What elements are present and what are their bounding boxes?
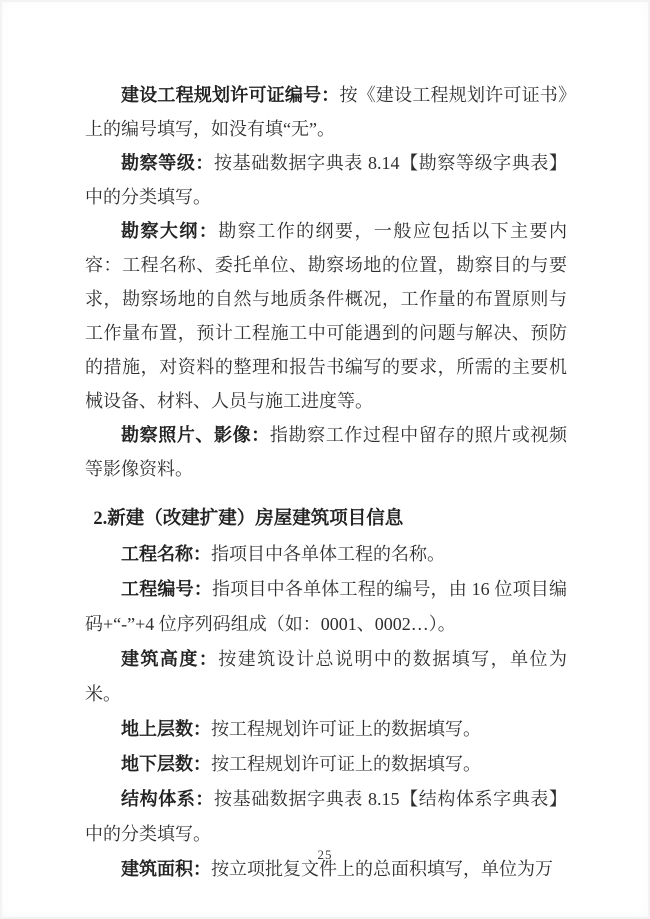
definition-paragraph: 工程编号：指项目中各单体工程的编号，由 16 位项目编码+“-”+4 位序列码组…: [85, 572, 567, 642]
definition-paragraph: 地上层数：按工程规划许可证上的数据填写。: [85, 712, 567, 747]
term-label: 建设工程规划许可证编号：: [121, 85, 340, 105]
definition-paragraph: 建筑高度：按建筑设计总说明中的数据填写，单位为米。: [85, 642, 567, 712]
definition-paragraph: 工程名称：指项目中各单体工程的名称。: [85, 537, 567, 572]
term-label: 地下层数：: [121, 754, 211, 774]
definition-paragraph: 勘察大纲：勘察工作的纲要，一般应包括以下主要内容：工程名称、委托单位、勘察场地的…: [85, 214, 567, 418]
term-label: 建筑高度：: [121, 649, 218, 669]
term-definition: 勘察工作的纲要，一般应包括以下主要内容：工程名称、委托单位、勘察场地的位置，勘察…: [85, 221, 567, 411]
term-definition: 指项目中各单体工程的名称。: [211, 544, 445, 564]
definition-paragraph: 勘察照片、影像：指勘察工作过程中留存的照片或视频等影像资料。: [85, 418, 567, 486]
term-label: 勘察等级：: [121, 153, 214, 173]
definition-paragraph: 建设工程规划许可证编号：按《建设工程规划许可证书》上的编号填写，如没有填“无”。: [85, 78, 567, 146]
term-label: 结构体系：: [121, 789, 214, 809]
page-content: 建设工程规划许可证编号：按《建设工程规划许可证书》上的编号填写，如没有填“无”。…: [85, 78, 567, 887]
document-page: 建设工程规划许可证编号：按《建设工程规划许可证书》上的编号填写，如没有填“无”。…: [0, 0, 650, 919]
term-definition: 按工程规划许可证上的数据填写。: [211, 719, 481, 739]
term-label: 地上层数：: [121, 719, 211, 739]
term-label: 工程名称：: [121, 544, 211, 564]
term-label: 勘察照片、影像：: [121, 425, 270, 445]
section-heading: 2.新建（改建扩建）房屋建筑项目信息: [85, 502, 567, 537]
definition-paragraph: 结构体系：按基础数据字典表 8.15【结构体系字典表】中的分类填写。: [85, 782, 567, 852]
term-label: 勘察大纲：: [121, 221, 218, 241]
definition-paragraph: 地下层数：按工程规划许可证上的数据填写。: [85, 747, 567, 782]
page-number: 25: [0, 847, 650, 863]
definition-paragraph: 勘察等级：按基础数据字典表 8.14【勘察等级字典表】中的分类填写。: [85, 146, 567, 214]
term-label: 工程编号：: [121, 579, 212, 599]
section-survey-definitions: 建设工程规划许可证编号：按《建设工程规划许可证书》上的编号填写，如没有填“无”。…: [85, 78, 567, 486]
term-definition: 按工程规划许可证上的数据填写。: [211, 754, 481, 774]
section-new-building-project-info: 工程名称：指项目中各单体工程的名称。 工程编号：指项目中各单体工程的编号，由 1…: [85, 537, 567, 887]
